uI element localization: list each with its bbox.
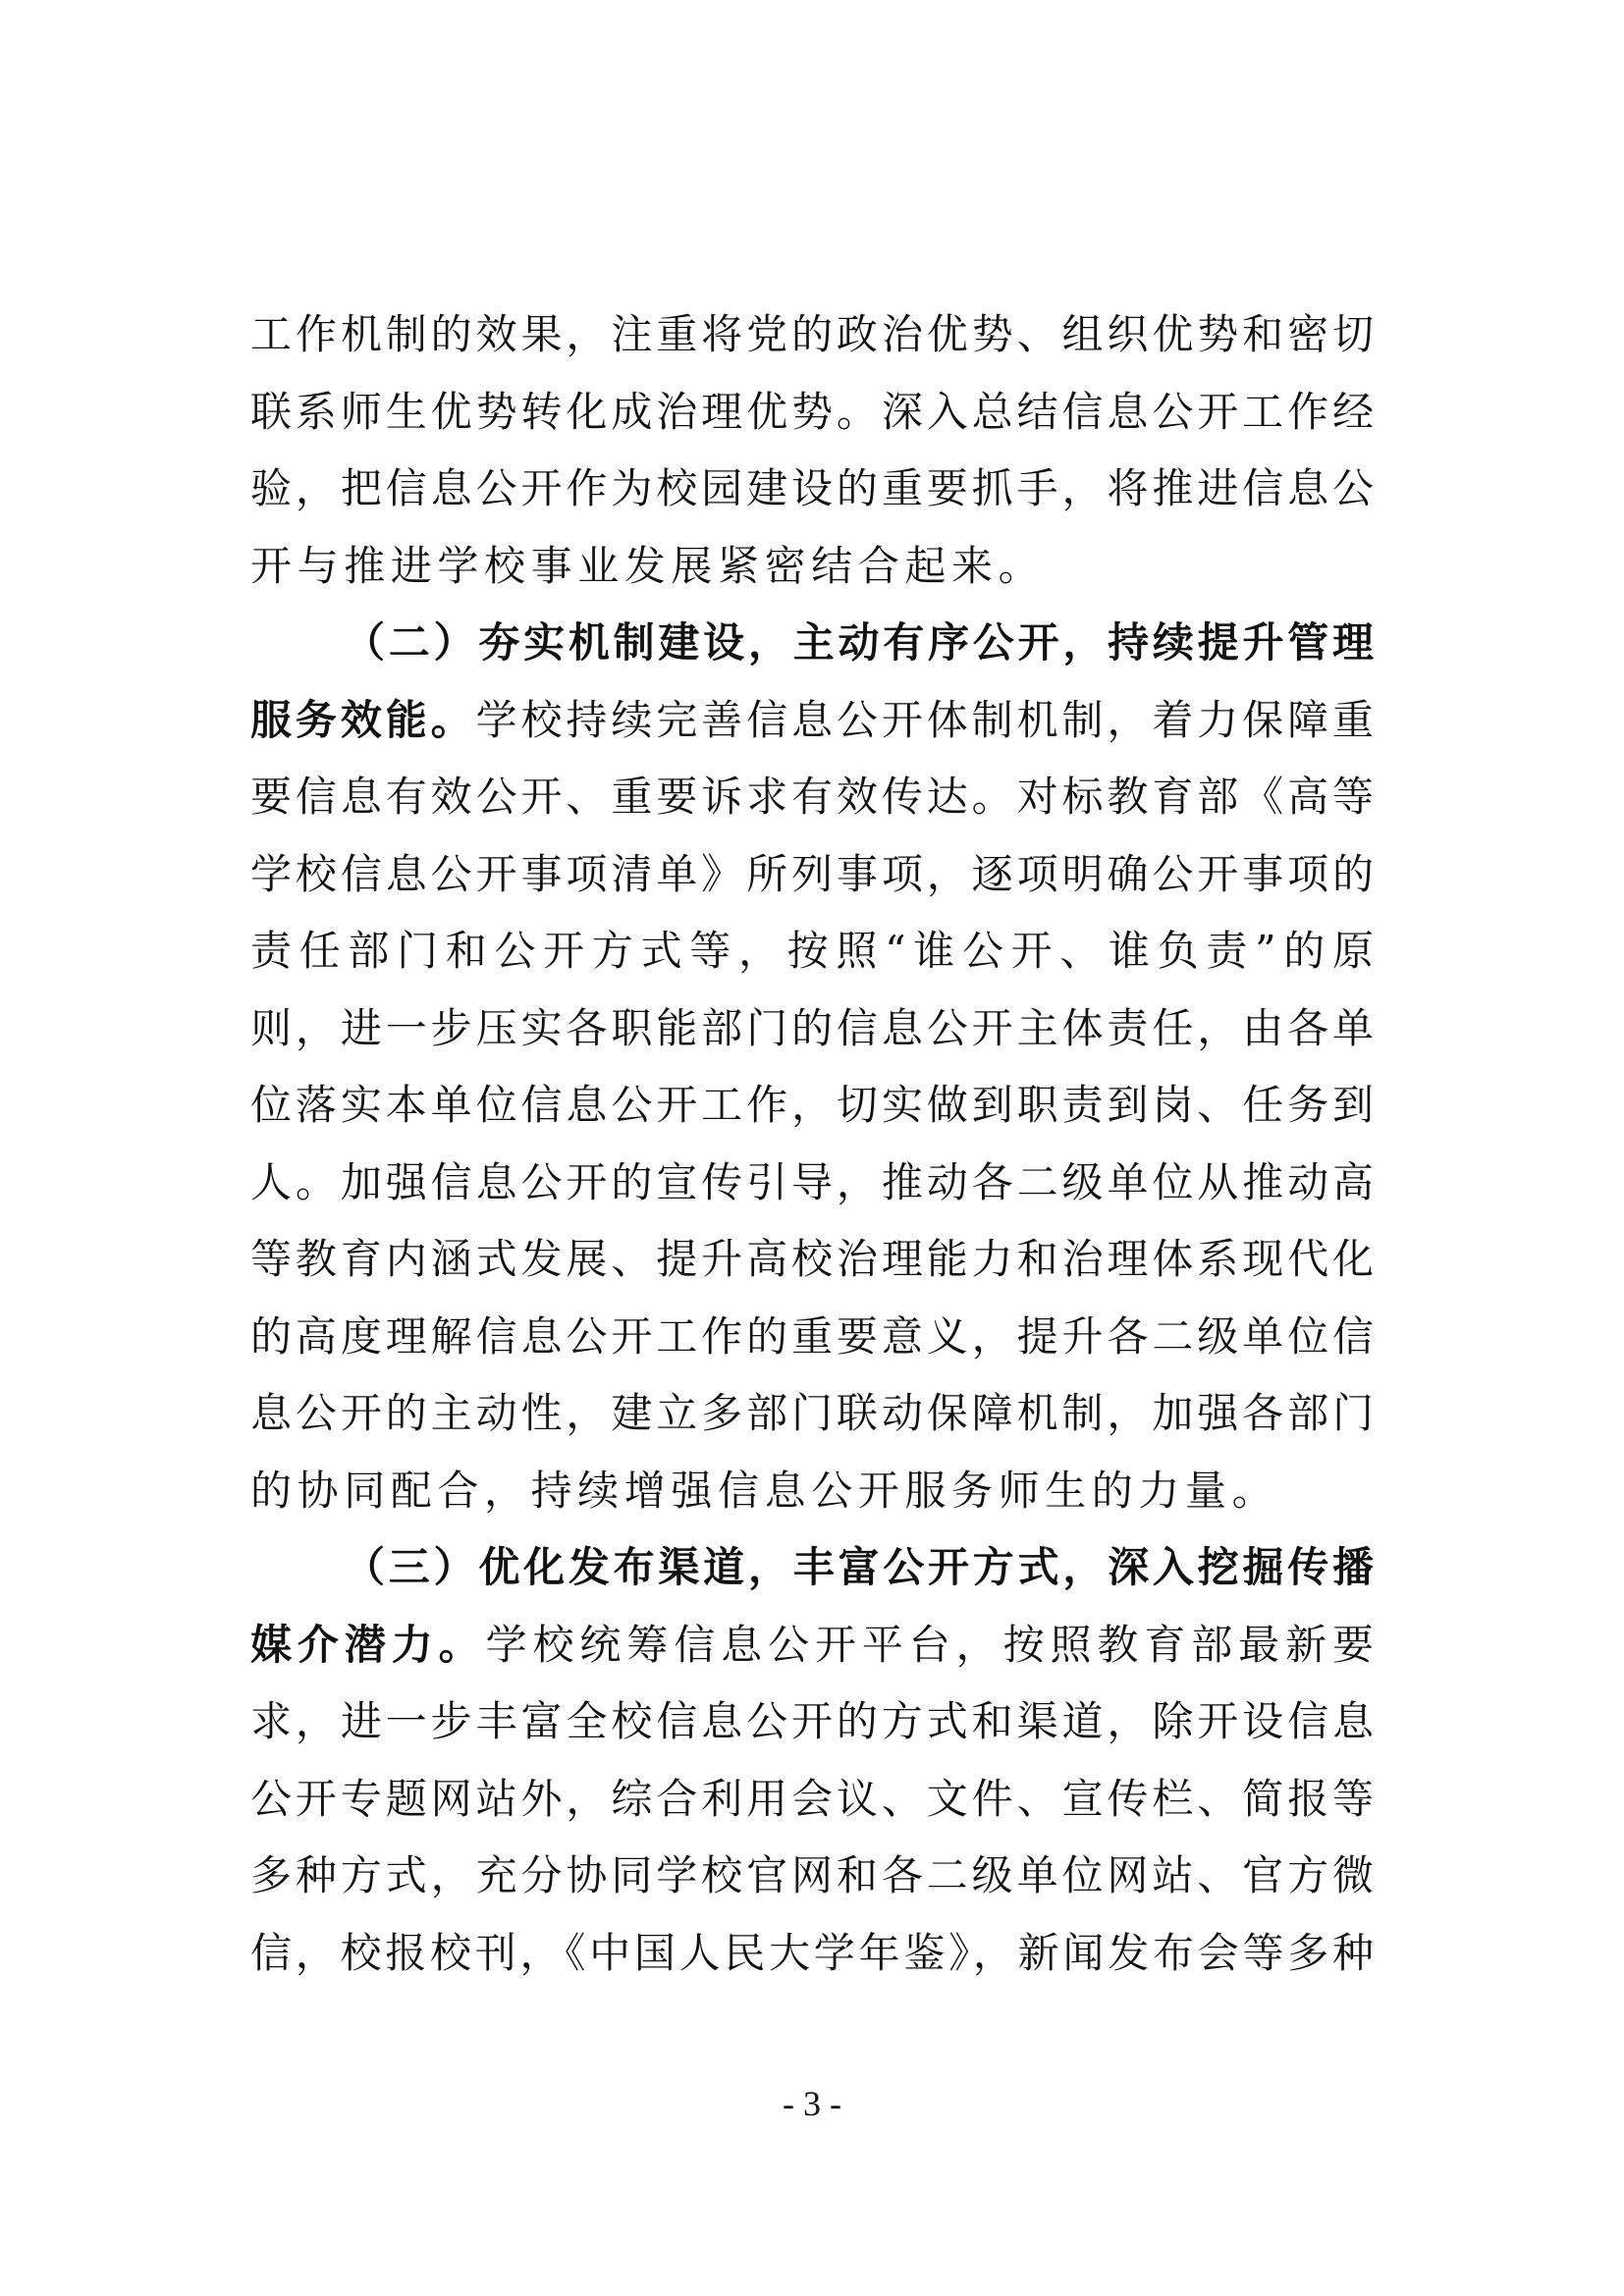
line-text: 位落实本单位信息公开工作，切实做到职责到岗、任务到 (250, 1081, 1374, 1129)
text-line: 息公开的主动性，建立多部门联动保障机制，加强各部门 (250, 1375, 1374, 1453)
line-text: 学校持续完善信息公开体制机制，着力保障重 (476, 696, 1374, 744)
line-text: 要信息有效公开、重要诉求有效传达。对标教育部《高等 (250, 773, 1374, 821)
line-text: 等教育内涵式发展、提升高校治理能力和治理体系现代化 (250, 1235, 1374, 1283)
line-text: 责任部门和公开方式等，按照“谁公开、谁负责”的原 (250, 927, 1374, 975)
line-text: 学校信息公开事项清单》所列事项，逐项明确公开事项的 (250, 850, 1374, 898)
text-line: 求，进一步丰富全校信息公开的方式和渠道，除开设信息 (250, 1683, 1374, 1761)
line-text: 求，进一步丰富全校信息公开的方式和渠道，除开设信息 (250, 1697, 1374, 1745)
text-line: 信，校报校刊，《中国人民大学年鉴》，新闻发布会等多种 (250, 1915, 1374, 1993)
text-line: 学校信息公开事项清单》所列事项，逐项明确公开事项的 (250, 836, 1374, 914)
line-text: 的协同配合，持续增强信息公开服务师生的力量。 (250, 1467, 1278, 1515)
text-line: 人。加强信息公开的宣传引导，推动各二级单位从推动高 (250, 1145, 1374, 1222)
text-line: 责任部门和公开方式等，按照“谁公开、谁负责”的原 (250, 913, 1374, 990)
text-line: 多种方式，充分协同学校官网和各二级单位网站、官方微 (250, 1838, 1374, 1915)
line-text: 工作机制的效果，注重将党的政治优势、组织优势和密切 (250, 310, 1374, 358)
line-text: 信，校报校刊，《中国人民大学年鉴》，新闻发布会等多种 (250, 1929, 1374, 1977)
section-heading-3: （三）优化发布渠道，丰富公开方式，深入挖掘传播 (344, 1543, 1374, 1591)
section-heading-2-tail: 服务效能。 (250, 696, 476, 744)
body-text: 工作机制的效果，注重将党的政治优势、组织优势和密切 联系师生优势转化成治理优势。… (250, 296, 1374, 1992)
line-text: 开与推进学校事业发展紧密结合起来。 (250, 542, 1045, 590)
section-heading-line: （三）优化发布渠道，丰富公开方式，深入挖掘传播 (250, 1529, 1374, 1607)
line-text: 验，把信息公开作为校园建设的重要抓手，将推进信息公 (250, 464, 1374, 512)
text-line: 开与推进学校事业发展紧密结合起来。 (250, 528, 1374, 606)
line-text: 人。加强信息公开的宣传引导，推动各二级单位从推动高 (250, 1158, 1374, 1206)
document-page: 工作机制的效果，注重将党的政治优势、组织优势和密切 联系师生优势转化成治理优势。… (0, 0, 1624, 2296)
section-heading-2: （二）夯实机制建设，主动有序公开，持续提升管理 (344, 618, 1374, 667)
text-line: 位落实本单位信息公开工作，切实做到职责到岗、任务到 (250, 1067, 1374, 1145)
line-text: 则，进一步压实各职能部门的信息公开主体责任，由各单 (250, 1004, 1374, 1052)
line-text: 学校统筹信息公开平台，按照教育部最新要 (486, 1621, 1374, 1669)
line-text: 公开专题网站外，综合利用会议、文件、宣传栏、简报等 (250, 1775, 1374, 1823)
text-line: 的高度理解信息公开工作的重要意义，提升各二级单位信 (250, 1299, 1374, 1376)
line-text: 多种方式，充分协同学校官网和各二级单位网站、官方微 (250, 1851, 1374, 1899)
section-heading-3-tail: 媒介潜力。 (250, 1621, 486, 1669)
text-line: 的协同配合，持续增强信息公开服务师生的力量。 (250, 1453, 1374, 1530)
text-line: 验，把信息公开作为校园建设的重要抓手，将推进信息公 (250, 451, 1374, 528)
section-heading-line: （二）夯实机制建设，主动有序公开，持续提升管理 (250, 605, 1374, 682)
text-line: 工作机制的效果，注重将党的政治优势、组织优势和密切 (250, 296, 1374, 374)
text-line: 则，进一步压实各职能部门的信息公开主体责任，由各单 (250, 990, 1374, 1068)
text-line: 联系师生优势转化成治理优势。深入总结信息公开工作经 (250, 374, 1374, 452)
text-line: 等教育内涵式发展、提升高校治理能力和治理体系现代化 (250, 1221, 1374, 1299)
text-line: 媒介潜力。学校统筹信息公开平台，按照教育部最新要 (250, 1607, 1374, 1684)
line-text: 息公开的主动性，建立多部门联动保障机制，加强各部门 (250, 1389, 1374, 1437)
text-line: 公开专题网站外，综合利用会议、文件、宣传栏、简报等 (250, 1761, 1374, 1839)
page-number: - 3 - (0, 2083, 1624, 2124)
line-text: 联系师生优势转化成治理优势。深入总结信息公开工作经 (250, 388, 1374, 436)
line-text: 的高度理解信息公开工作的重要意义，提升各二级单位信 (250, 1312, 1374, 1361)
text-line: 要信息有效公开、重要诉求有效传达。对标教育部《高等 (250, 759, 1374, 836)
text-line: 服务效能。学校持续完善信息公开体制机制，着力保障重 (250, 682, 1374, 760)
